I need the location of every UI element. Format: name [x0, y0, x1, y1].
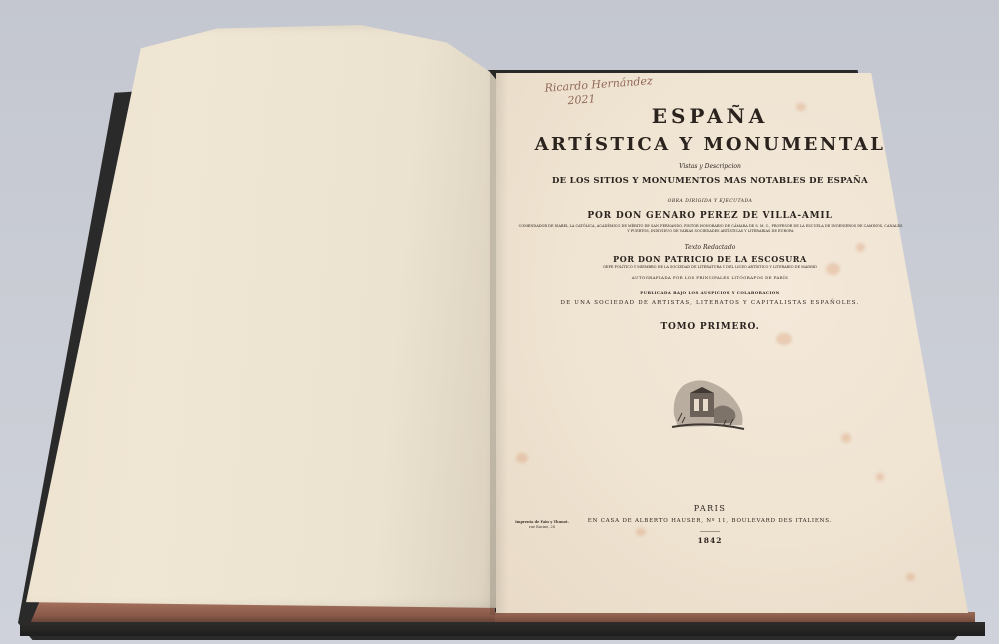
- volume-label: TOMO PRIMERO.: [510, 322, 910, 332]
- printer-imprint: Imprenta de Fain y Thunot. rue Racine, 2…: [512, 520, 572, 530]
- author-secondary-credits: GEFE POLÍTICO Y MIEMBRO DE LA SOCIEDAD D…: [510, 265, 910, 269]
- book-photo-scene: Ricardo Hernández 2021 ESPAÑA ARTÍSTICA …: [0, 0, 999, 644]
- printer-address: rue Racine, 28: [512, 525, 572, 530]
- book-title: ESPAÑA: [510, 104, 910, 128]
- engraved-ruins-vignette-icon: [668, 375, 746, 433]
- author-secondary: POR DON PATRICIO DE LA ESCOSURA: [510, 254, 910, 264]
- author-primary-credits: COMENDADOR DE ISABEL LA CATÓLICA, ACADÉM…: [518, 224, 903, 234]
- publication-city: PARIS: [510, 504, 910, 513]
- gutter-shadow: [490, 70, 508, 615]
- obra-line: OBRA DIRIGIDA Y EJECUTADA: [510, 199, 910, 204]
- vistas-line: Vistas y Descripcion: [510, 163, 910, 170]
- autografiada-line: AUTOGRAFIADA POR LOS PRINCIPALES LITÓGRA…: [510, 275, 910, 280]
- sociedad-line: DE UNA SOCIEDAD DE ARTISTAS, LITERATOS Y…: [510, 300, 910, 306]
- sitios-line: DE LOS SITIOS Y MONUMENTOS MAS NOTABLES …: [510, 176, 910, 186]
- blank-left-page: [26, 25, 504, 608]
- book-subtitle: ARTÍSTICA Y MONUMENTAL: [510, 134, 910, 155]
- divider: [700, 531, 720, 532]
- author-primary: POR DON GENARO PEREZ DE VILLA-AMIL: [510, 211, 910, 221]
- texto-line: Texto Redactado: [510, 244, 910, 251]
- book-spine-bottom: [20, 622, 985, 636]
- publicada-line: PUBLICADA BAJO LOS AUSPICIOS Y COLABORAC…: [510, 290, 910, 295]
- publication-year: 1842: [510, 536, 910, 545]
